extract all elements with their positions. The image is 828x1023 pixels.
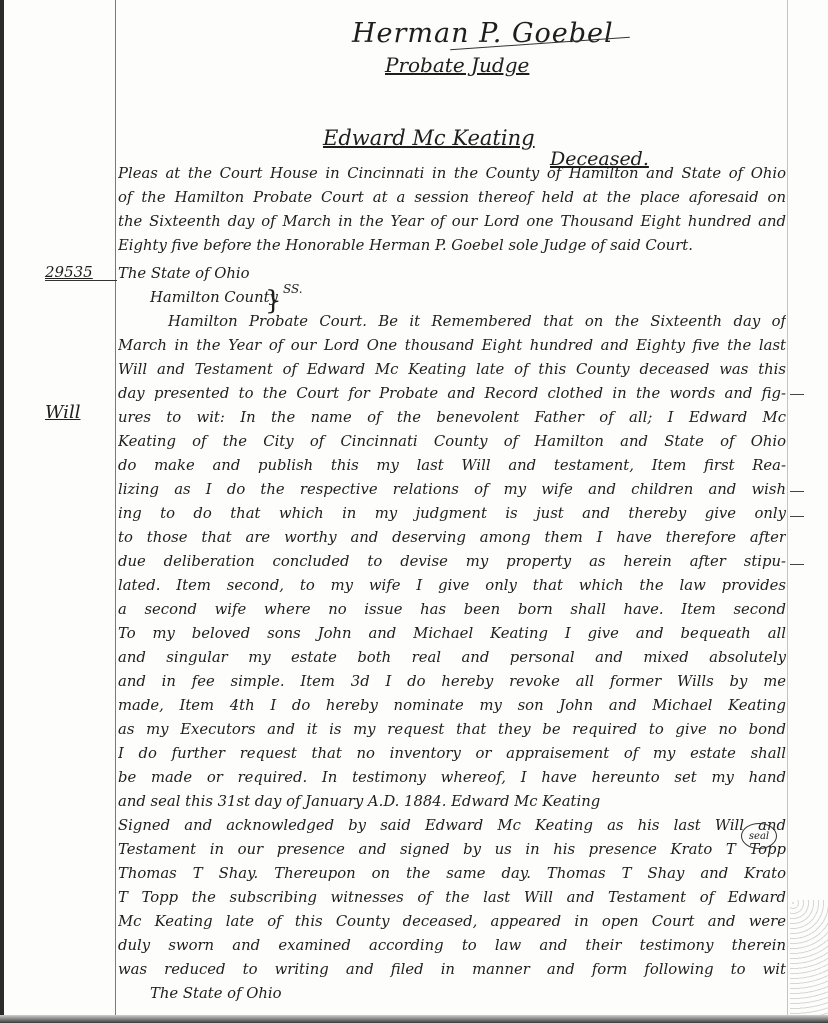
right-margin-dash	[790, 564, 804, 565]
body-line: was reduced to writing and filed in mann…	[118, 958, 786, 982]
preamble-line: Pleas at the Court House in Cincinnati i…	[118, 162, 786, 186]
venue-county: Hamilton County	[118, 286, 786, 310]
preamble: Pleas at the Court House in Cincinnati i…	[118, 162, 786, 258]
body-line: Mc Keating late of this County deceased,…	[118, 910, 786, 934]
body-line: day presented to the Court for Probate a…	[118, 382, 786, 406]
body-line: Keating of the City of Cincinnati County…	[118, 430, 786, 454]
body-line: March in the Year of our Lord One thousa…	[118, 334, 786, 358]
body-line: Hamilton Probate Court. Be it Remembered…	[118, 310, 786, 334]
body-line: ing to do that which in my judgment is j…	[118, 502, 786, 526]
body-line: be made or required. In testimony whereo…	[118, 766, 786, 790]
right-rule	[787, 0, 788, 1023]
body-line: and singular my estate both real and per…	[118, 646, 786, 670]
body-line: made, Item 4th I do hereby nominate my s…	[118, 694, 786, 718]
preamble-line: Eighty five before the Honorable Herman …	[118, 234, 786, 258]
ss-abbreviation: SS.	[283, 282, 303, 296]
page-binding-edge	[0, 0, 4, 1023]
body-line: T Topp the subscribing witnesses of the …	[118, 886, 786, 910]
case-number: 29535	[45, 263, 93, 281]
body-line: Will and Testament of Edward Mc Keating …	[118, 358, 786, 382]
body-line: duly sworn and examined according to law…	[118, 934, 786, 958]
preamble-line: of the Hamilton Probate Court at a sessi…	[118, 186, 786, 210]
estate-name: Edward Mc Keating	[323, 126, 535, 150]
will-margin-label: Will	[45, 402, 80, 423]
body-line: lizing as I do the respective relations …	[118, 478, 786, 502]
venue: The State of Ohio Hamilton County	[118, 262, 786, 310]
paper-stain	[790, 900, 828, 1015]
right-margin-dash	[790, 491, 804, 492]
body-line: and in fee simple. Item 3d I do hereby r…	[118, 670, 786, 694]
margin-rule	[115, 0, 116, 1023]
body-line: due deliberation concluded to devise my …	[118, 550, 786, 574]
closing-line: The State of Ohio	[118, 982, 786, 1006]
body-line: Signed and acknowledged by said Edward M…	[118, 814, 786, 838]
body-line: lated. Item second, to my wife I give on…	[118, 574, 786, 598]
judge-signature: Herman P. Goebel	[352, 18, 614, 49]
preamble-line: the Sixteenth day of March in the Year o…	[118, 210, 786, 234]
right-margin-dash	[790, 516, 804, 517]
right-margin-dash	[790, 394, 804, 395]
body-line: do make and publish this my last Will an…	[118, 454, 786, 478]
body-line: Testament in our presence and signed by …	[118, 838, 786, 862]
judge-title: Probate Judge	[385, 53, 529, 77]
body-line: I do further request that no inventory o…	[118, 742, 786, 766]
page-bottom-shadow	[0, 1015, 828, 1023]
body-line: ures to wit: In the name of the benevole…	[118, 406, 786, 430]
body-line: to those that are worthy and deserving a…	[118, 526, 786, 550]
will-record-body: Hamilton Probate Court. Be it Remembered…	[118, 310, 786, 1006]
body-line: Thomas T Shay. Thereupon on the same day…	[118, 862, 786, 886]
body-line: and seal this 31st day of January A.D. 1…	[118, 790, 786, 814]
body-line: as my Executors and it is my request tha…	[118, 718, 786, 742]
body-line: a second wife where no issue has been bo…	[118, 598, 786, 622]
case-number-rule	[45, 280, 117, 281]
venue-state: The State of Ohio	[118, 262, 786, 286]
body-line: To my beloved sons John and Michael Keat…	[118, 622, 786, 646]
seal-mark: seal	[741, 823, 777, 849]
